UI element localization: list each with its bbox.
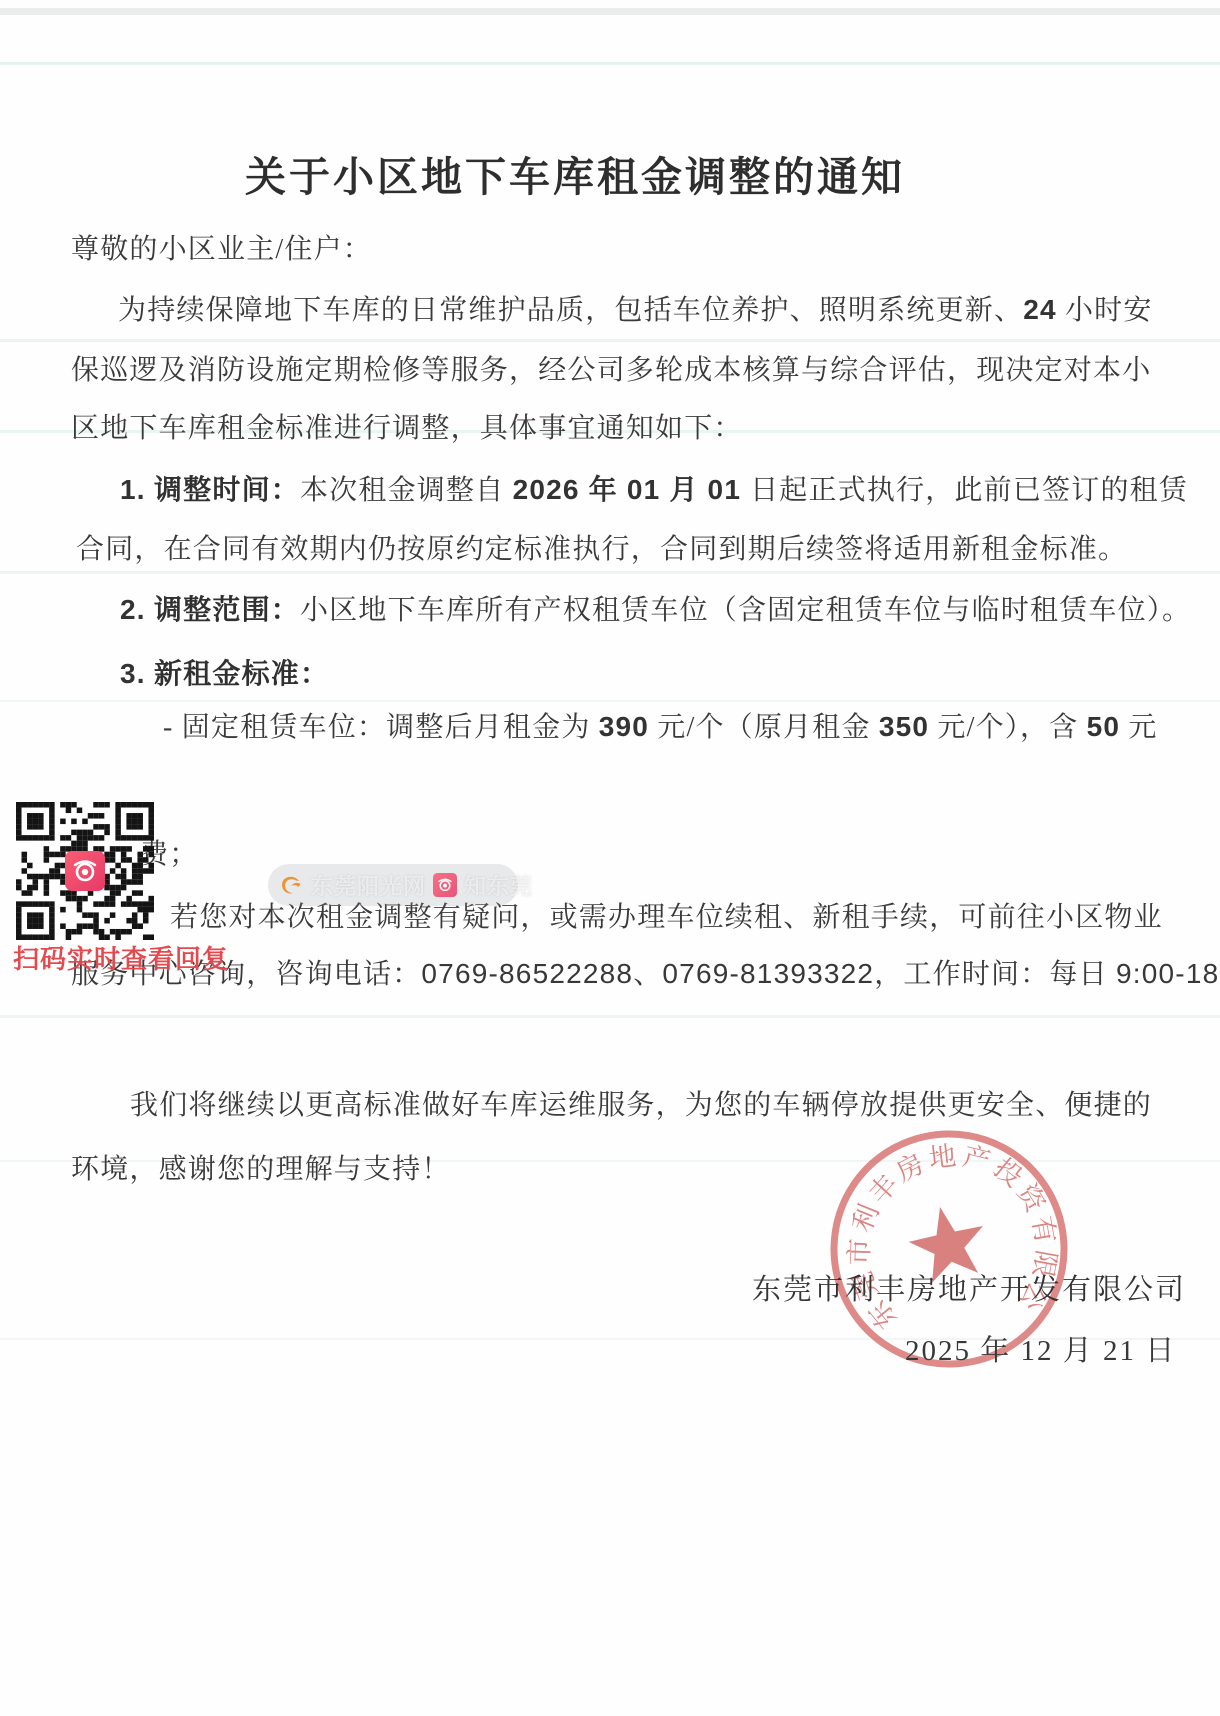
item-label: 调整时间： — [154, 475, 300, 506]
item-number: 3. — [120, 658, 146, 689]
new-rent-value: 390 — [599, 711, 649, 742]
item1-line1: 1. 调整时间：本次租金调整自 2026 年 01 月 01 日起正式执行，此前… — [120, 468, 1188, 508]
body-text: 小区地下车库所有产权租赁车位（含固定租赁车位与临时租赁车位）。 — [300, 595, 1191, 626]
body-text: 小时安 — [1057, 295, 1153, 326]
bullet-label: 固定租赁车位： — [182, 712, 386, 743]
old-rent-value: 350 — [879, 711, 929, 742]
item3-line: 3. 新租金标准： — [120, 652, 329, 692]
greeting-line: 尊敬的小区业主/住户： — [71, 227, 372, 267]
bullet-line: - 固定租赁车位：调整后月租金为 390 元/个（原月租金 350 元/个），含… — [163, 705, 1158, 745]
sun-network-logo-icon — [278, 872, 304, 898]
company-name: 东莞市利丰房地产开发有限公司 — [752, 1274, 1186, 1306]
body-text: 元/个），含 — [929, 712, 1086, 743]
body-text: ，工作时间：每日 — [874, 959, 1116, 990]
watermark: 东莞阳光网 知东莞 — [268, 864, 518, 906]
working-hours: 9:00-18:00 — [1116, 958, 1220, 989]
body-text: 合同，在合同有效期内仍按原约定标准执行，合同到期后续签将适用新租金标准。 — [76, 534, 1127, 565]
closing-line2: 环境，感谢您的理解与支持！ — [71, 1147, 451, 1187]
phone-number-2: 0769-81393322 — [662, 958, 874, 989]
contact-line2: 服务中心咨询，咨询电话：0769-86522288、0769-81393322，… — [71, 952, 1220, 992]
item-number: 1. — [120, 474, 146, 505]
greeting-text: 尊敬的小区业主/住户： — [71, 234, 372, 265]
watermark-app-text: 知东莞 — [464, 870, 533, 901]
body-text: 为持续保障地下车库的日常维护品质，包括车位养护、照明系统更新、 — [118, 295, 1023, 326]
page-title: 关于小区地下车库租金调整的通知 — [0, 144, 1150, 203]
scan-band — [0, 8, 1220, 15]
paragraph-line: 区地下车库租金标准进行调整，具体事宜通知如下： — [71, 406, 743, 446]
body-text: 日起正式执行，此前已签订的租赁 — [750, 475, 1188, 506]
body-text: 区地下车库租金标准进行调整，具体事宜通知如下： — [71, 413, 743, 444]
phone-number-1: 0769-86522288 — [421, 958, 633, 989]
bullet-dash: - — [163, 712, 174, 743]
paragraph-line: 为持续保障地下车库的日常维护品质，包括车位养护、照明系统更新、24 小时安 — [118, 288, 1153, 328]
body-text: 本次租金调整自 — [300, 475, 513, 506]
watermark-site-text: 东莞阳光网 — [311, 870, 426, 901]
scan-band — [0, 700, 1220, 702]
body-text: 调整后月租金为 — [386, 712, 599, 743]
body-text: 环境，感谢您的理解与支持！ — [71, 1154, 451, 1185]
body-text: 若您对本次租金调整有疑问，或需办理车位续租、新租手续，可前往小区物业 — [170, 902, 1163, 933]
number-text: 24 — [1023, 294, 1057, 325]
body-text: 元/个（原月租金 — [649, 712, 879, 743]
item2-line: 2. 调整范围：小区地下车库所有产权租赁车位（含固定租赁车位与临时租赁车位）。 — [120, 588, 1191, 628]
scan-band — [0, 339, 1220, 342]
body-text: 保巡逻及消防设施定期检修等服务，经公司多轮成本核算与综合评估，现决定对本小 — [71, 355, 1151, 386]
item-number: 2. — [120, 594, 146, 625]
item-label: 新租金标准： — [154, 659, 329, 690]
paragraph-line: 保巡逻及消防设施定期检修等服务，经公司多轮成本核算与综合评估，现决定对本小 — [71, 348, 1151, 388]
body-text: 、 — [633, 959, 662, 990]
signature-date: 2025 年 12 月 21 日 — [905, 1328, 1176, 1369]
scan-band — [0, 62, 1220, 65]
scanned-notice-document: 关于小区地下车库租金调整的通知 尊敬的小区业主/住户： 为持续保障地下车库的日常… — [0, 0, 1220, 1716]
qr-code — [16, 802, 154, 940]
body-text: 元 — [1120, 712, 1157, 743]
item-label: 调整范围： — [154, 595, 300, 626]
company-signature: 东莞市利丰房地产开发有限公司 — [752, 1267, 1186, 1308]
eye-icon — [433, 873, 457, 897]
scan-band — [0, 571, 1220, 574]
qr-caption: 扫码实时查看回复 — [13, 939, 229, 976]
scan-band — [0, 1015, 1220, 1018]
eye-icon — [65, 851, 105, 891]
date-text: 2025 年 12 月 21 日 — [905, 1335, 1176, 1367]
fee-value: 50 — [1087, 711, 1121, 742]
effective-date: 2026 年 01 月 01 — [513, 474, 750, 505]
item1-line2: 合同，在合同有效期内仍按原约定标准执行，合同到期后续签将适用新租金标准。 — [76, 527, 1127, 567]
